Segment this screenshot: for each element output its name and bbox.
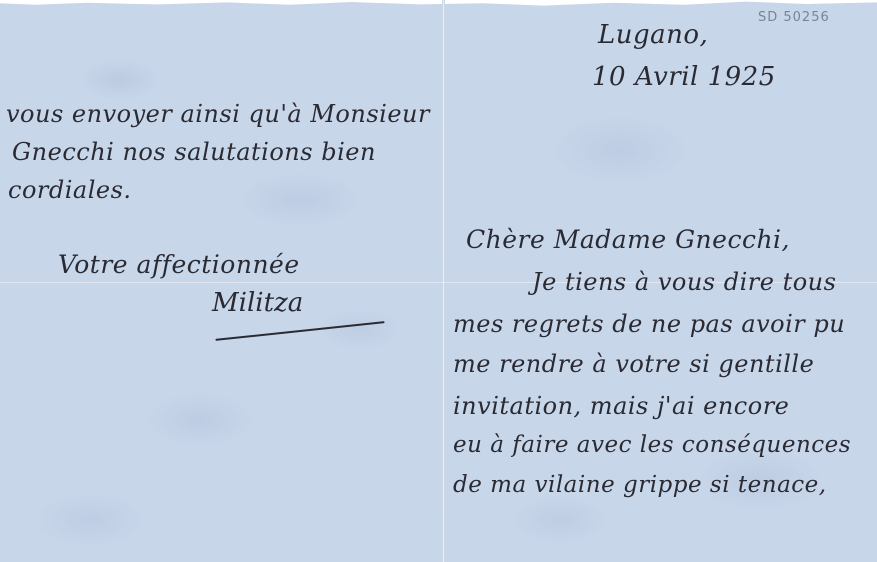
- torn-top-edge: [0, 0, 877, 8]
- letter-sheet: SD 50256 Lugano, 10 Avril 1925 Chère Mad…: [0, 0, 877, 562]
- letter-body-line: Gnecchi nos salutations bien: [12, 138, 376, 166]
- letter-body-line: eu à faire avec les conséquences: [453, 432, 851, 458]
- letter-salutation: Chère Madame Gnecchi,: [466, 225, 790, 254]
- letter-date: 10 Avril 1925: [592, 62, 776, 92]
- letter-body-line: invitation, mais j'ai encore: [453, 392, 789, 420]
- letter-place: Lugano,: [598, 20, 708, 50]
- letter-body-line: vous envoyer ainsi qu'à Monsieur: [6, 100, 430, 128]
- letter-body-line: cordiales.: [8, 176, 132, 204]
- letter-body-line: mes regrets de ne pas avoir pu: [453, 310, 845, 338]
- signature-flourish: [215, 321, 384, 341]
- archive-number: SD 50256: [758, 10, 830, 25]
- vertical-fold-line: [442, 0, 445, 562]
- letter-closing: Votre affectionnée: [58, 250, 300, 279]
- letter-signature: Militza: [212, 288, 303, 318]
- letter-body-line: Je tiens à vous dire tous: [532, 268, 836, 296]
- letter-body-line: de ma vilaine grippe si tenace,: [453, 472, 827, 498]
- letter-body-line: me rendre à votre si gentille: [453, 350, 814, 378]
